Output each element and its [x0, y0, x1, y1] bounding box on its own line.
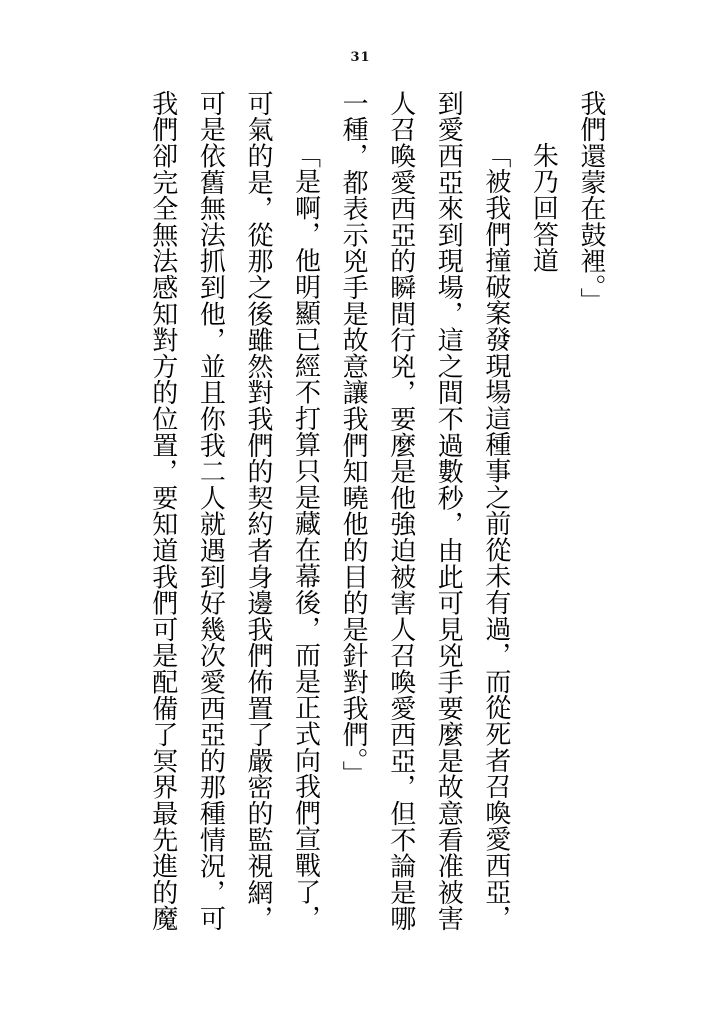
text-column: 可是依舊無法抓到他，並且你我二人就遇到好幾次愛西亞的那種情況，可 — [187, 90, 235, 935]
text-column: 可氣的是，從那之後雖然對我們的契約者身邊我們佈置了嚴密的監視網， — [234, 90, 282, 935]
text-column: 朱乃回答道 — [520, 90, 568, 935]
book-page: 31 我們還蒙在鼓裡。」 朱乃回答道 「被我們撞破案發現場這種事之前從未有過，而… — [0, 0, 721, 1020]
page-number: 31 — [0, 50, 721, 65]
text-column: 「是啊，他明顯已經不打算只是藏在幕後，而是正式向我們宣戰了， — [282, 90, 330, 935]
text-column: 人召喚愛西亞的瞬間行兇，要麼是他強迫被害人召喚愛西亞，但不論是哪 — [377, 90, 425, 935]
text-column: 一種，都表示兇手是故意讓我們知曉他的目的是針對我們。」 — [330, 90, 378, 935]
text-column: 到愛西亞來到現場，這之間不過數秒，由此可見兇手要麼是故意看准被害 — [425, 90, 473, 935]
text-column: 「被我們撞破案發現場這種事之前從未有過，而從死者召喚愛西亞， — [472, 90, 520, 935]
text-column: 我們還蒙在鼓裡。」 — [567, 90, 615, 935]
text-block: 我們還蒙在鼓裡。」 朱乃回答道 「被我們撞破案發現場這種事之前從未有過，而從死者… — [137, 90, 615, 935]
text-column: 我們卻完全無法感知對方的位置，要知道我們可是配備了冥界最先進的魔 — [139, 90, 187, 935]
